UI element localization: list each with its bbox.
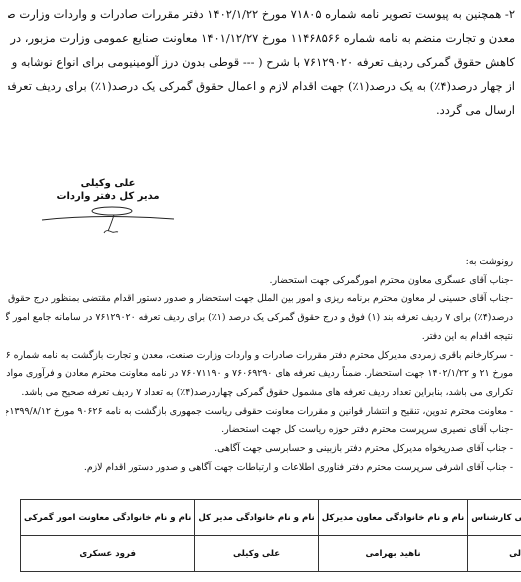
copy-recipient: تکراری می باشد، بنابراین تعداد ردیف تعرف… bbox=[6, 384, 513, 403]
copy-recipient: درصد(۴٪) برای ۷ ردیف تعرفه بند (۱) فوق و… bbox=[6, 309, 513, 328]
paragraph-line: معدن و تجارت منضم به نامه شماره ۱۱۴۶۸۵۶۶… bbox=[8, 26, 515, 50]
approval-table: نام و نام خانوادگی کارشناس نام و نام خان… bbox=[20, 499, 521, 572]
paragraph-line: ارسال می گردد. bbox=[8, 98, 515, 122]
signature-block: علی وکیلی مدیر کل دفتر واردات bbox=[38, 177, 178, 237]
table-header-cell: نام و نام خانوادگی مدیر کل bbox=[195, 500, 318, 536]
table-cell: علی وکیلی bbox=[195, 536, 318, 572]
table-header-cell: نام و نام خانوادگی معاونت امور گمرکی bbox=[21, 500, 195, 536]
table-header-row: نام و نام خانوادگی کارشناس نام و نام خان… bbox=[21, 500, 521, 536]
table-cell: علی عادلی bbox=[468, 536, 521, 572]
copy-recipient: - جناب آقای اشرفی سرپرست محترم دفتر فناو… bbox=[6, 459, 513, 478]
table-cell: فرود عسکری bbox=[21, 536, 195, 572]
copies-section: رونوشت به: -جناب آقای عسگری معاون محترم … bbox=[6, 253, 513, 477]
signatory-name: علی وکیلی bbox=[38, 177, 178, 190]
copy-recipient: نتیجه اقدام به این دفتر. bbox=[6, 328, 513, 347]
copy-recipient: - جناب آقای صدریخواه مدیرکل محترم دفتر ب… bbox=[6, 440, 513, 459]
copy-recipient: - سرکارخانم باقری زمردی مدیرکل محترم دفت… bbox=[6, 347, 513, 366]
copy-recipient: -جناب آقای عسگری معاون محترم امورگمرکی ج… bbox=[6, 272, 513, 291]
paragraph-line: از چهار درصد(۴٪) به یک درصد(۱٪) جهت اقدا… bbox=[8, 74, 515, 98]
letter-page: ۲- همچنین به پیوست تصویر نامه شماره ۷۱۸۰… bbox=[0, 0, 521, 582]
table-cell: ناهید بهرامی bbox=[318, 536, 468, 572]
copy-recipient: - معاونت محترم تدوین، تنقیح و انتشار قوا… bbox=[6, 403, 513, 422]
table-header-cell: نام و نام خانوادگی معاون مدیرکل bbox=[318, 500, 468, 536]
signatory-title: مدیر کل دفتر واردات bbox=[38, 190, 178, 203]
copy-recipient: مورخ ۲۱ و ۱۴۰۲/۱/۲۲ جهت استحضار. ضمناً ر… bbox=[6, 365, 513, 384]
copy-recipient: -جناب آقای حسینی لر معاون محترم برنامه ر… bbox=[6, 290, 513, 309]
handwritten-signature-icon bbox=[38, 205, 178, 237]
paragraph-line: کاهش حقوق گمرکی ردیف تعرفه ۷۶۱۲۹۰۲۰ با ش… bbox=[8, 50, 515, 74]
copy-recipient: -جناب آقای نصیری سرپرست محترم دفتر حوزه … bbox=[6, 421, 513, 440]
copies-heading: رونوشت به: bbox=[6, 253, 513, 272]
paragraph-line: ۲- همچنین به پیوست تصویر نامه شماره ۷۱۸۰… bbox=[8, 2, 515, 26]
letter-paragraph: ۲- همچنین به پیوست تصویر نامه شماره ۷۱۸۰… bbox=[8, 2, 515, 122]
table-header-cell: نام و نام خانوادگی کارشناس bbox=[468, 500, 521, 536]
table-row: علی عادلی ناهید بهرامی علی وکیلی فرود عس… bbox=[21, 536, 521, 572]
